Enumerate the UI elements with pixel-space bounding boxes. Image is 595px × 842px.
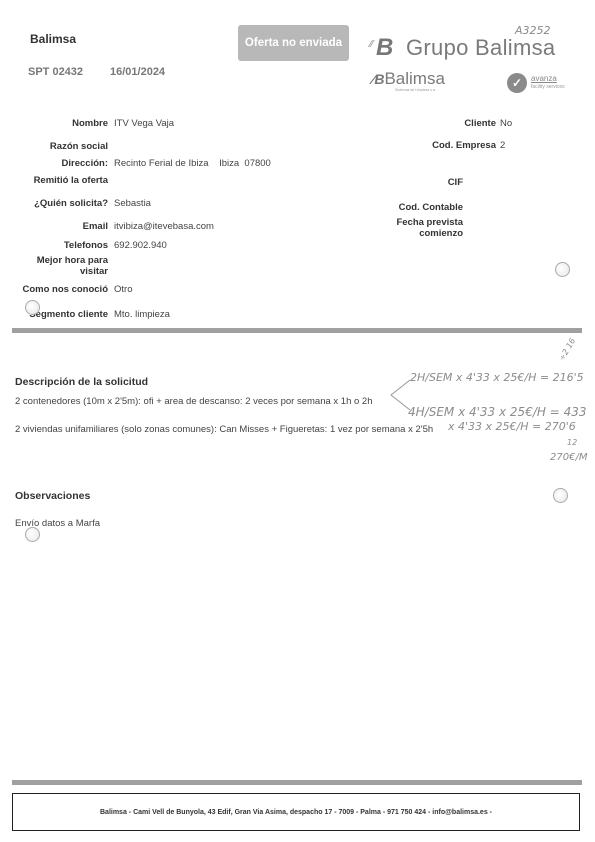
avanza-tagline: facility services: [531, 83, 565, 91]
label-segmento-cliente: Segmento cliente: [29, 309, 108, 320]
handwritten-calc-1: 2H/SEM x 4'33 x 25€/H = 216'5: [410, 371, 584, 384]
label-direccion: Dirección:: [62, 158, 108, 169]
balimsa-logo-icon: ⁄⁄B: [370, 35, 400, 61]
footer-divider: [12, 780, 582, 785]
value-cod-empresa: 2: [500, 140, 505, 151]
value-como-nos-conocio: Otro: [114, 284, 132, 295]
description-line-2: 2 viviendas unifamiliares (solo zonas co…: [15, 424, 433, 435]
label-mejor-hora: Mejor hora para visitar: [28, 255, 108, 277]
checkmark-icon: ✓: [507, 73, 527, 93]
label-cif: CIF: [448, 177, 463, 188]
label-fecha-prevista: Fecha prevista comienzo: [383, 217, 463, 239]
label-cod-contable: Cod. Contable: [399, 202, 463, 213]
label-razon-social: Razón social: [50, 141, 108, 152]
company-name: Balimsa: [30, 32, 76, 46]
balimsa-logo: ⁄B Balimsa: [372, 69, 445, 89]
observations-text: Envío datos a Marfa: [15, 518, 100, 529]
description-line-1: 2 contenedores (10m x 2'5m): ofi + area …: [15, 396, 372, 407]
label-como-nos-conocio: Como nos conoció: [23, 284, 109, 295]
grupo-balimsa-logo: ⁄⁄B Grupo Balimsa: [370, 35, 555, 61]
handwritten-calc-3-note: 12: [567, 438, 577, 447]
label-quien-solicita: ¿Quién solicita?: [34, 198, 108, 209]
logo-sub-text: Balimsa: [384, 69, 444, 89]
description-title: Descripción de la solicitud: [15, 376, 148, 388]
section-divider: [12, 328, 582, 333]
label-nombre: Nombre: [72, 118, 108, 129]
status-badge: Oferta no enviada: [238, 25, 349, 61]
punch-hole: [25, 300, 40, 315]
handwritten-calc-3-total: 270€/M: [550, 452, 587, 463]
punch-hole: [555, 262, 570, 277]
label-cliente: Cliente: [464, 118, 496, 129]
avanza-logo: ✓ avanza facility services: [507, 73, 565, 93]
footer-address-box: Balimsa - Cami Vell de Bunyola, 43 Edif,…: [12, 793, 580, 831]
balimsa-small-logo-icon: ⁄B: [372, 71, 384, 87]
value-nombre: ITV Vega Vaja: [114, 118, 174, 129]
value-quien-solicita: Sebastia: [114, 198, 151, 209]
value-cliente: No: [500, 118, 512, 129]
value-telefonos: 692.902.940: [114, 240, 167, 251]
handwritten-calc-3: x 4'33 x 25€/H = 270'6: [448, 420, 576, 433]
punch-hole: [553, 488, 568, 503]
value-email: itvibiza@itevebasa.com: [114, 221, 214, 232]
handwritten-calc-1-note: ÷2 16: [557, 337, 577, 363]
punch-hole: [25, 527, 40, 542]
logo-sub-tagline: Sistemas de Limpieza s.a.: [395, 88, 436, 92]
observations-title: Observaciones: [15, 490, 90, 502]
value-segmento-cliente: Mto. limpieza: [114, 309, 170, 320]
offer-code: SPT 02432: [28, 66, 83, 78]
label-remitio-oferta: Remitió la oferta: [34, 175, 108, 186]
offer-date: 16/01/2024: [110, 66, 165, 78]
value-direccion: Recinto Ferial de Ibiza Ibiza 07800: [114, 158, 271, 169]
label-telefonos: Telefonos: [64, 240, 108, 251]
label-cod-empresa: Cod. Empresa: [432, 140, 496, 151]
label-email: Email: [83, 221, 108, 232]
handwritten-calc-2: 4H/SEM x 4'33 x 25€/H = 433: [408, 405, 586, 419]
logo-main-text: Grupo Balimsa: [406, 35, 555, 61]
avanza-name: avanza: [531, 75, 565, 83]
footer-address: Balimsa - Cami Vell de Bunyola, 43 Edif,…: [100, 809, 492, 816]
